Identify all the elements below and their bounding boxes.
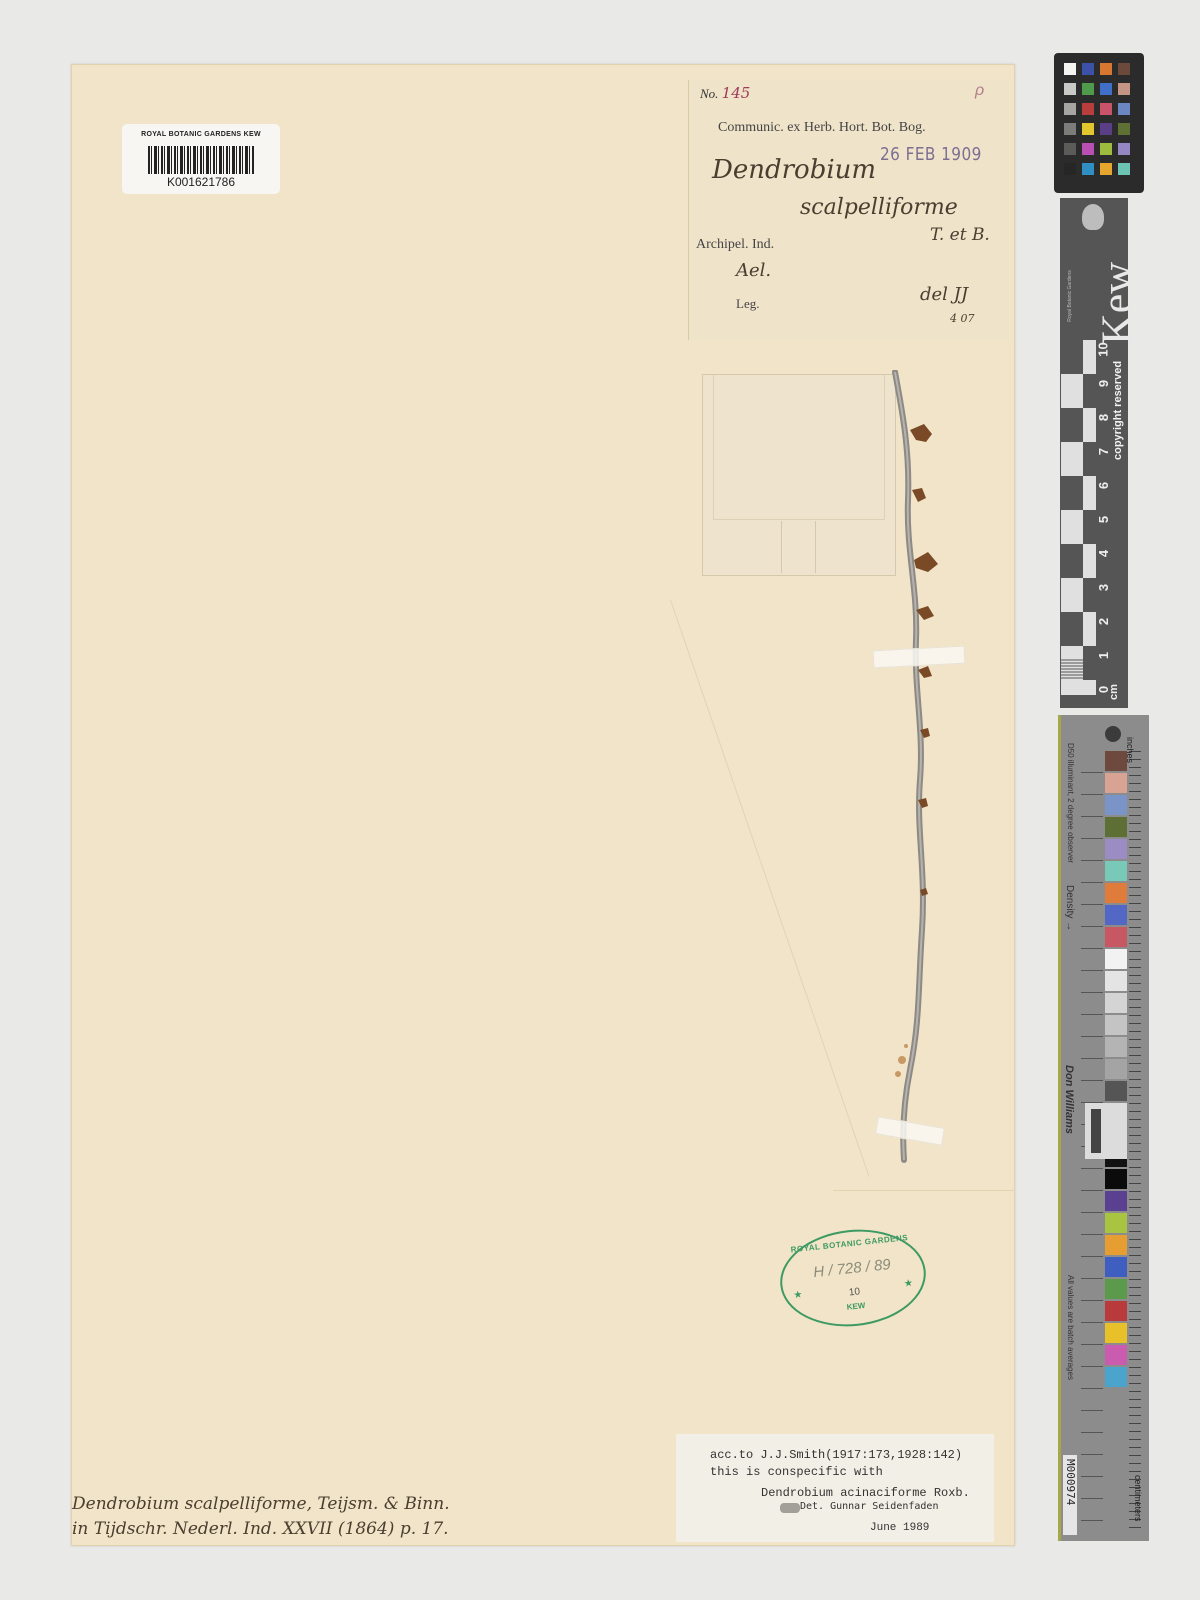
density-patch	[1105, 883, 1127, 903]
color-swatch	[1082, 63, 1094, 75]
color-swatch	[1082, 143, 1094, 155]
inches-label: inches	[1125, 737, 1135, 763]
handwritten-authority: T. et B.	[930, 225, 990, 245]
bottom-annotation-line-1: Dendrobium scalpelliforme, Teijsm. & Bin…	[72, 1494, 450, 1514]
color-swatch	[1064, 163, 1076, 175]
corner-mark: ρ	[975, 82, 984, 100]
barcode-title: ROYAL BOTANIC GARDENS KEW	[122, 131, 280, 138]
scale-number: 3	[1096, 584, 1111, 591]
gray-target	[1085, 1103, 1127, 1159]
barcode-number: K001621786	[122, 175, 280, 189]
density-patch	[1105, 1213, 1127, 1233]
color-swatch	[1100, 83, 1112, 95]
det-line-3: Dendrobium acinaciforme Roxb.	[761, 1486, 970, 1500]
leg-note: 4 07	[950, 312, 975, 325]
don-williams-brand: Don Williams	[1063, 1065, 1075, 1134]
density-patch	[1105, 817, 1127, 837]
det-date: June 1989	[870, 1522, 929, 1534]
royal-crest-icon	[1082, 204, 1104, 230]
density-ruler	[1129, 751, 1141, 1531]
color-swatch	[1082, 163, 1094, 175]
density-patches	[1105, 751, 1127, 1389]
color-swatch	[1100, 143, 1112, 155]
barcode-label: ROYAL BOTANIC GARDENS KEW K001621786	[122, 124, 280, 194]
det-line-1: acc.to J.J.Smith(1917:173,1928:142)	[710, 1448, 962, 1462]
determination-label: acc.to J.J.Smith(1917:173,1928:142) this…	[676, 1434, 994, 1542]
color-swatch	[1100, 63, 1112, 75]
density-patch	[1105, 1257, 1127, 1277]
gray-target-bar	[1091, 1109, 1101, 1153]
scale-number: 8	[1096, 414, 1111, 421]
bottom-annotation-line-2: in Tijdschr. Nederl. Ind. XXVII (1864) p…	[72, 1519, 449, 1539]
density-patch	[1105, 1301, 1127, 1321]
color-swatch	[1118, 163, 1130, 175]
packet-fold	[781, 521, 782, 573]
density-patch	[1105, 1169, 1127, 1189]
scale-number: 7	[1096, 448, 1111, 455]
communic-line: Communic. ex Herb. Hort. Bot. Bog.	[718, 120, 926, 136]
color-swatch	[1064, 103, 1076, 115]
locality-handwritten: Ael.	[736, 260, 771, 281]
label-number: No. 145	[700, 84, 750, 102]
date-stamp: 26 FEB 1909	[880, 144, 982, 165]
color-swatch	[1064, 83, 1076, 95]
scale-number: 4	[1096, 550, 1111, 557]
strip-code: M000974	[1064, 1459, 1077, 1505]
color-swatch-grid	[1064, 63, 1130, 175]
color-swatch	[1118, 63, 1130, 75]
color-swatch	[1082, 103, 1094, 115]
label-number-prefix: No.	[700, 86, 718, 101]
density-patch	[1105, 1345, 1127, 1365]
color-swatch	[1118, 143, 1130, 155]
color-swatch	[1118, 123, 1130, 135]
color-swatch	[1082, 123, 1094, 135]
density-patch	[1105, 905, 1127, 925]
density-patch	[1105, 839, 1127, 859]
density-patch	[1105, 1191, 1127, 1211]
kew-small-text: Royal Botanic Gardens	[1067, 256, 1073, 336]
color-swatch	[1064, 143, 1076, 155]
color-swatch	[1100, 163, 1112, 175]
det-line-4: Det. Gunnar Seidenfaden	[800, 1501, 938, 1512]
kew-scale-bar: Royal Botanic Gardens Kew 0 1 2 3	[1060, 198, 1128, 708]
locality-printed: Archipel. Ind.	[696, 237, 774, 253]
stamp-number: H / 728 / 89	[781, 1253, 924, 1285]
density-patch	[1105, 1235, 1127, 1255]
density-patch	[1105, 1015, 1127, 1035]
density-color-strip: inches D50 illuminant, 2 degree observer…	[1058, 715, 1149, 1541]
density-patch	[1105, 1059, 1127, 1079]
punch-hole	[1105, 726, 1121, 742]
packet-flap	[713, 375, 885, 520]
leg-printed: Leg.	[736, 296, 759, 312]
density-patch	[1105, 971, 1127, 991]
scale-number: 2	[1096, 618, 1111, 625]
density-patch	[1105, 773, 1127, 793]
handwritten-genus: Dendrobium	[712, 155, 876, 185]
scale-number: 5	[1096, 516, 1111, 523]
density-patch	[1105, 1081, 1127, 1101]
color-swatch	[1100, 123, 1112, 135]
averages-text: All values are batch averages	[1066, 1275, 1075, 1380]
density-patch	[1105, 993, 1127, 1013]
color-swatch	[1118, 103, 1130, 115]
scale-ruler	[1061, 340, 1096, 695]
barcode-icon	[148, 146, 254, 174]
det-line-2: this is conspecific with	[710, 1465, 883, 1479]
density-patch	[1105, 1323, 1127, 1343]
density-patch	[1105, 795, 1127, 815]
packet-fold	[815, 521, 816, 573]
scale-number: 6	[1096, 482, 1111, 489]
density-patch	[1105, 949, 1127, 969]
illuminant-text: D50 illuminant, 2 degree observer	[1066, 743, 1075, 863]
scale-unit: cm	[1108, 684, 1120, 700]
fragment-packet[interactable]	[702, 374, 896, 576]
density-patch	[1105, 861, 1127, 881]
sheet-fold-line	[833, 1190, 1015, 1191]
color-swatch	[1064, 63, 1076, 75]
scale-number: 9	[1096, 380, 1111, 387]
density-patch	[1105, 1037, 1127, 1057]
plant-specimen-icon	[880, 370, 960, 1170]
color-swatch	[1082, 83, 1094, 95]
scale-number: 10	[1096, 342, 1111, 356]
scale-number: 1	[1096, 652, 1111, 659]
label-number-value: 145	[722, 84, 751, 102]
ink-smudge	[780, 1503, 800, 1513]
centimeters-label: centimeters	[1133, 1475, 1143, 1522]
density-patch	[1105, 927, 1127, 947]
copyright-text: copyright reserved	[1112, 361, 1124, 460]
handwritten-species: scalpelliforme	[800, 195, 958, 220]
color-swatch	[1064, 123, 1076, 135]
color-swatch	[1118, 83, 1130, 95]
strip-code-label: M000974	[1063, 1455, 1077, 1535]
density-patch	[1105, 1279, 1127, 1299]
color-swatch	[1100, 103, 1112, 115]
density-patch	[1105, 1367, 1127, 1387]
density-patch	[1105, 751, 1127, 771]
color-checker-chart	[1054, 53, 1144, 193]
leg-handwritten: del JJ	[920, 284, 968, 305]
density-label: Density →	[1064, 885, 1075, 931]
